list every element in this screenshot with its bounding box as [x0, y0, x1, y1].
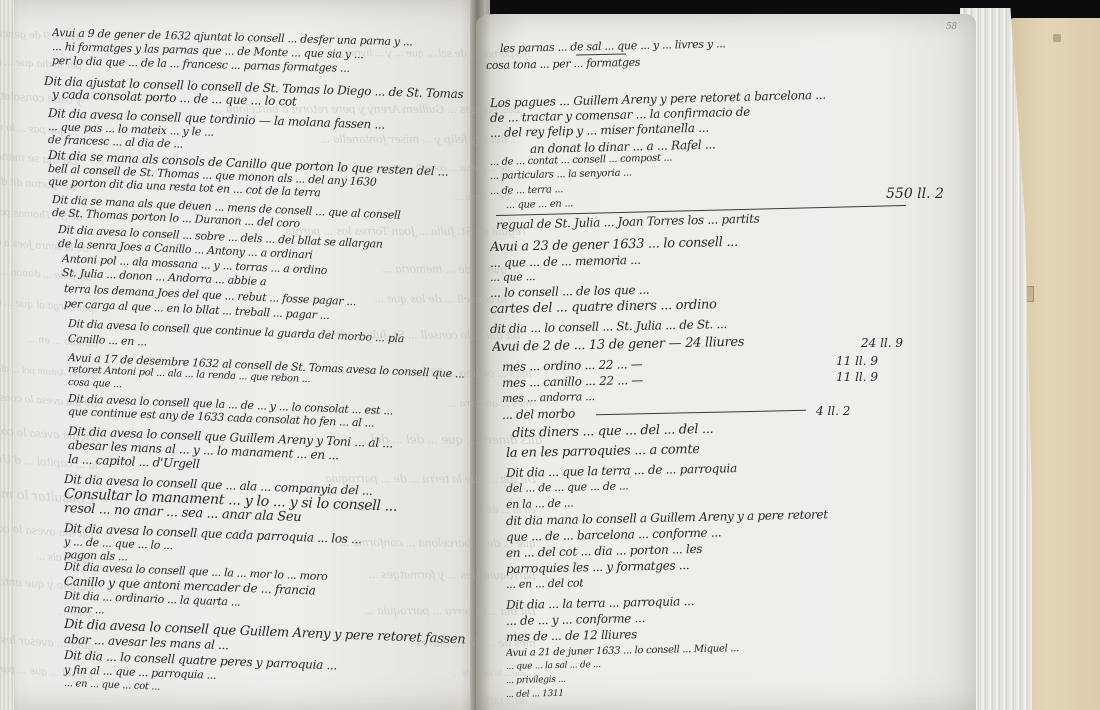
ledger-amount: 11 ll. 9 — [836, 354, 878, 368]
margin-amounts: 550 ll. 224 ll. 911 ll. 911 ll. 94 ll. 2 — [476, 14, 976, 710]
ledger-amount: 4 ll. 2 — [816, 404, 850, 418]
manuscript-line: cosa que ... — [68, 377, 122, 390]
cover-stain — [1053, 34, 1061, 42]
manuscript-line: ... en ... que ... cot ... — [64, 678, 161, 693]
manuscript-line: amor ... — [64, 602, 105, 617]
ledger-amount: 24 ll. 9 — [861, 336, 903, 350]
right-page: 58 ... del ... 1311... que ... la sal ..… — [476, 14, 976, 710]
ledger-amount: 11 ll. 9 — [836, 370, 878, 384]
ink-bleed-through: Los pagues ... Guillem Areny y pere reto… — [214, 102, 521, 116]
ledger-amount: 550 ll. 2 — [886, 186, 944, 202]
